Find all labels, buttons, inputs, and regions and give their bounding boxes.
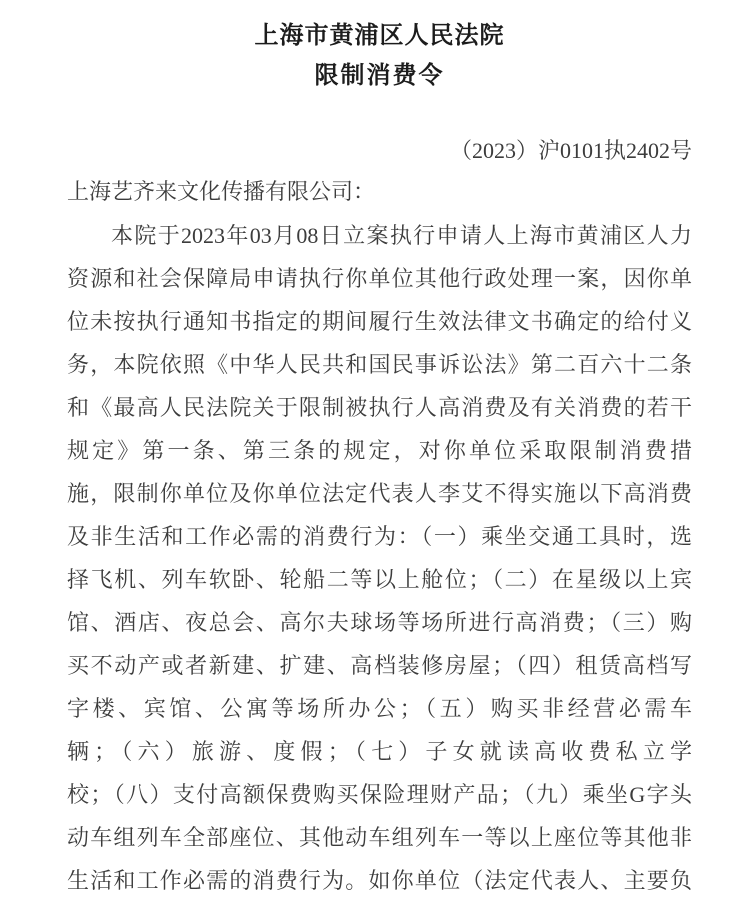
body-line: 规定》第一条、第三条的规定，对你单位采取限制消费措 [67,429,692,472]
body-line: 辆；（六）旅游、度假；（七）子女就读高收费私立学 [67,730,692,773]
body-line: 本院于2023年03月08日立案执行申请人上海市黄浦区人力 [67,214,692,257]
document-body: 本院于2023年03月08日立案执行申请人上海市黄浦区人力资源和社会保障局申请执… [67,214,692,902]
body-line: 买不动产或者新建、扩建、高档装修房屋；（四）租赁高档写 [67,644,692,687]
case-number: （2023）沪0101执2402号 [67,138,692,164]
body-line: 和《最高人民法院关于限制被执行人高消费及有关消费的若干 [67,386,692,429]
body-line: 择飞机、列车软卧、轮船二等以上舱位；（二）在星级以上宾 [67,558,692,601]
body-line: 生活和工作必需的消费行为。如你单位（法定代表人、主要负 [67,859,692,902]
body-line: 馆、酒店、夜总会、高尔夫球场等场所进行高消费；（三）购 [67,601,692,644]
court-name-heading: 上海市黄浦区人民法院 [67,22,692,50]
document-content: 上海市黄浦区人民法院 限制消费令 （2023）沪0101执2402号 上海艺齐来… [0,0,756,902]
body-line: 动车组列车全部座位、其他动车组列车一等以上座位等其他非 [67,816,692,859]
body-line: 字楼、宾馆、公寓等场所办公；（五）购买非经营必需车 [67,687,692,730]
body-line: 施，限制你单位及你单位法定代表人李艾不得实施以下高消费 [67,472,692,515]
addressee-line: 上海艺齐来文化传播有限公司： [67,179,692,205]
body-line: 校；（八）支付高额保费购买保险理财产品；（九）乘坐G字头 [67,773,692,816]
body-line: 务，本院依照《中华人民共和国民事诉讼法》第二百六十二条 [67,343,692,386]
body-line: 及非生活和工作必需的消费行为：（一）乘坐交通工具时，选 [67,515,692,558]
body-line: 资源和社会保障局申请执行你单位其他行政处理一案，因你单 [67,257,692,300]
body-line: 位未按执行通知书指定的期间履行生效法律文书确定的给付义 [67,300,692,343]
document-title: 限制消费令 [67,62,692,90]
restriction-order-document: 上海市黄浦区人民法院 限制消费令 （2023）沪0101执2402号 上海艺齐来… [0,0,756,920]
